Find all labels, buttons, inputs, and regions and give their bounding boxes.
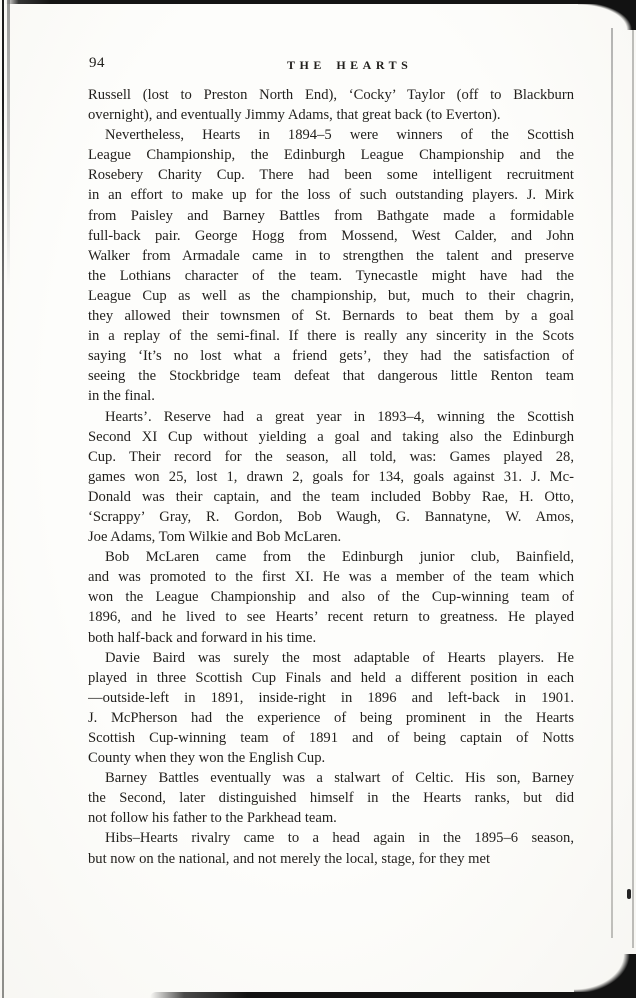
scan-edge-top [6,0,636,4]
scan-corner-bottom-right [574,954,636,998]
text-line: saying ‘It’s no lost what a friend gets’… [88,346,574,366]
text-line: J. McPherson had the experience of being… [88,708,574,728]
text-line: ‘Scrappy’ Gray, R. Gordon, Bob Waugh, G.… [88,507,574,527]
text-line: Barney Battles eventually was a stalwart… [88,768,574,788]
text-line: League Championship, the Edinburgh Leagu… [88,145,574,165]
text-line: Nevertheless, Hearts in 1894–5 were winn… [88,125,574,145]
text-line: Hibs–Hearts rivalry came to a head again… [88,828,574,848]
text-line: Rosebery Charity Cup. There had been som… [88,165,574,185]
text-line: in a replay of the semi-final. If there … [88,326,574,346]
text-line: in the final. [88,386,574,406]
running-header: THE HEARTS [287,58,412,73]
text-line: County when they won the English Cup. [88,748,574,768]
scan-edge-bottom [150,992,636,998]
text-line: Donald was their captain, and the team i… [88,487,574,507]
text-line: and was promoted to the first XI. He was… [88,567,574,587]
text-line: played in three Scottish Cup Finals and … [88,668,574,688]
text-line: both half-back and forward in his time. [88,628,574,648]
text-line: full-back pair. George Hogg from Mossend… [88,226,574,246]
text-line: but now on the national, and not merely … [88,849,574,869]
text-line: Bob McLaren came from the Edinburgh juni… [88,547,574,567]
text-line: Second XI Cup without yielding a goal an… [88,427,574,447]
text-block: Russell (lost to Preston North End), ‘Co… [88,85,574,869]
text-line: they allowed their townsmen of St. Berna… [88,306,574,326]
text-line: Cup. Their record for the season, all to… [88,447,574,467]
text-line: seeing the Stockbridge team defeat that … [88,366,574,386]
text-line: League Cup as well as the championship, … [88,286,574,306]
text-line: Scottish Cup-winning team of 1891 and of… [88,728,574,748]
scan-edge-mark [627,889,631,899]
text-line: the Lothians character of the team. Tyne… [88,266,574,286]
scanned-book-page: 94 THE HEARTS Russell (lost to Preston N… [0,0,636,998]
text-line: Davie Baird was surely the most adaptabl… [88,648,574,668]
text-line: —outside-left in 1891, inside-right in 1… [88,688,574,708]
text-line: not follow his father to the Parkhead te… [88,808,574,828]
scan-edge-left-outer [2,0,4,998]
page-number: 94 [89,55,105,72]
text-line: Joe Adams, Tom Wilkie and Bob McLaren. [88,527,574,547]
scan-corner-top-right [578,0,636,30]
text-line: Russell (lost to Preston North End), ‘Co… [88,85,574,105]
text-line: in an effort to make up for the loss of … [88,185,574,205]
page-edge-crease [611,28,613,938]
text-line: games won 25, lost 1, drawn 2, goals for… [88,467,574,487]
text-line: overnight), and eventually Jimmy Adams, … [88,105,574,125]
text-line: from Paisley and Barney Battles from Bat… [88,206,574,226]
text-line: won the League Championship and also of … [88,587,574,607]
text-line: 1896, and he lived to see Hearts’ recent… [88,607,574,627]
text-line: the Second, later distinguished himself … [88,788,574,808]
text-line: Walker from Armadale came in to strength… [88,246,574,266]
text-line: Hearts’. Reserve had a great year in 189… [88,407,574,427]
scan-edge-left-inner [7,0,10,290]
scan-edge-right [632,30,634,948]
